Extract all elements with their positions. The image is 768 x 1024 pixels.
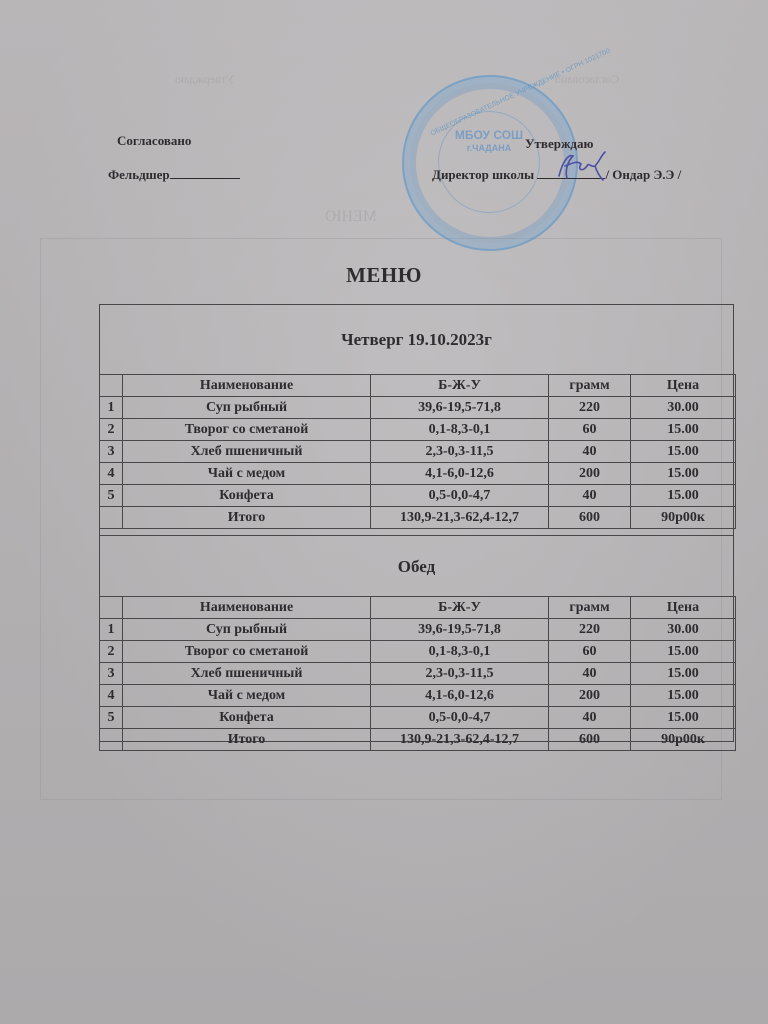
item-grams: 60 [549, 419, 631, 441]
col-header-num [100, 375, 123, 397]
item-number: 5 [100, 707, 123, 729]
page-title: МЕНЮ [0, 263, 768, 288]
item-price: 15.00 [631, 441, 736, 463]
item-name: Творог со сметаной [123, 641, 371, 663]
item-name: Чай с медом [123, 685, 371, 707]
table-row: 3Хлеб пшеничный2,3-0,3-11,54015.00 [100, 441, 736, 463]
col-header-bju: Б-Ж-У [371, 375, 549, 397]
school-stamp: ОБЩЕОБРАЗОВАТЕЛЬНОЕ УЧРЕЖДЕНИЕ • ОГРН 10… [402, 75, 578, 251]
total-price: 90р00к [631, 729, 736, 751]
item-name: Чай с медом [123, 463, 371, 485]
item-number: 3 [100, 663, 123, 685]
item-grams: 40 [549, 707, 631, 729]
document-page: Согласовано Утверждаю МЕНЮ ОБЩЕОБРАЗОВАТ… [0, 0, 768, 1024]
col-header-grams: грамм [549, 597, 631, 619]
breakfast-table: Наименование Б-Ж-У грамм Цена 1Суп рыбны… [99, 374, 736, 529]
total-label: Итого [123, 507, 371, 529]
table-row: 4Чай с медом4,1-6,0-12,620015.00 [100, 685, 736, 707]
item-price: 15.00 [631, 685, 736, 707]
bleed-through-text: Утверждаю [175, 72, 234, 87]
total-number [100, 729, 123, 751]
item-grams: 220 [549, 619, 631, 641]
item-price: 30.00 [631, 397, 736, 419]
item-grams: 40 [549, 485, 631, 507]
item-grams: 60 [549, 641, 631, 663]
total-row: Итого130,9-21,3-62,4-12,760090р00к [100, 507, 736, 529]
col-header-bju: Б-Ж-У [371, 597, 549, 619]
item-name: Творог со сметаной [123, 419, 371, 441]
table-row: 5Конфета0,5-0,0-4,74015.00 [100, 485, 736, 507]
item-name: Хлеб пшеничный [123, 441, 371, 463]
table-row: 5Конфета0,5-0,0-4,74015.00 [100, 707, 736, 729]
total-number [100, 507, 123, 529]
table-row: 1Суп рыбный39,6-19,5-71,822030.00 [100, 619, 736, 641]
item-number: 2 [100, 419, 123, 441]
director-name: / Ондар Э.Э / [605, 167, 681, 182]
item-price: 15.00 [631, 463, 736, 485]
stamp-subtitle: г.ЧАДАНА [444, 142, 534, 155]
meal-rows: 1Суп рыбный39,6-19,5-71,822030.002Творог… [100, 397, 736, 529]
day-heading: Четверг 19.10.2023г [100, 305, 733, 375]
item-price: 30.00 [631, 619, 736, 641]
item-price: 15.00 [631, 707, 736, 729]
total-grams: 600 [549, 729, 631, 751]
item-number: 1 [100, 397, 123, 419]
item-price: 15.00 [631, 485, 736, 507]
item-number: 2 [100, 641, 123, 663]
item-name: Хлеб пшеничный [123, 663, 371, 685]
item-bju: 0,1-8,3-0,1 [371, 419, 549, 441]
handwritten-signature-icon [555, 150, 610, 182]
item-price: 15.00 [631, 419, 736, 441]
item-name: Суп рыбный [123, 619, 371, 641]
col-header-name: Наименование [123, 597, 371, 619]
item-grams: 40 [549, 441, 631, 463]
medic-signature-line: Фельдшер [108, 166, 240, 183]
item-bju: 2,3-0,3-11,5 [371, 441, 549, 463]
stamp-text: МБОУ СОШ г.ЧАДАНА [444, 129, 534, 155]
item-name: Конфета [123, 485, 371, 507]
lunch-table: Наименование Б-Ж-У грамм Цена 1Суп рыбны… [99, 596, 736, 751]
col-header-grams: грамм [549, 375, 631, 397]
item-grams: 200 [549, 463, 631, 485]
item-price: 15.00 [631, 641, 736, 663]
item-bju: 2,3-0,3-11,5 [371, 663, 549, 685]
total-bju: 130,9-21,3-62,4-12,7 [371, 729, 549, 751]
col-header-price: Цена [631, 597, 736, 619]
total-grams: 600 [549, 507, 631, 529]
item-bju: 39,6-19,5-71,8 [371, 397, 549, 419]
table-row: 1Суп рыбный39,6-19,5-71,822030.00 [100, 397, 736, 419]
item-number: 4 [100, 463, 123, 485]
col-header-price: Цена [631, 375, 736, 397]
item-number: 1 [100, 619, 123, 641]
table-row: 2Творог со сметаной0,1-8,3-0,16015.00 [100, 641, 736, 663]
item-name: Конфета [123, 707, 371, 729]
item-bju: 4,1-6,0-12,6 [371, 685, 549, 707]
stamp-inner-ring [438, 111, 540, 213]
total-row: Итого130,9-21,3-62,4-12,760090р00к [100, 729, 736, 751]
medic-signature-blank [170, 166, 240, 179]
item-price: 15.00 [631, 663, 736, 685]
total-price: 90р00к [631, 507, 736, 529]
medic-label: Фельдшер [108, 167, 170, 182]
menu-table: Четверг 19.10.2023г Наименование Б-Ж-У г… [99, 304, 734, 742]
item-number: 4 [100, 685, 123, 707]
item-bju: 39,6-19,5-71,8 [371, 619, 549, 641]
stamp-title: МБОУ СОШ [444, 129, 534, 142]
item-number: 3 [100, 441, 123, 463]
item-name: Суп рыбный [123, 397, 371, 419]
approved-left-label: Согласовано [117, 133, 191, 149]
item-grams: 200 [549, 685, 631, 707]
table-row: 4Чай с медом4,1-6,0-12,620015.00 [100, 463, 736, 485]
item-bju: 0,5-0,0-4,7 [371, 485, 549, 507]
total-label: Итого [123, 729, 371, 751]
total-bju: 130,9-21,3-62,4-12,7 [371, 507, 549, 529]
col-header-name: Наименование [123, 375, 371, 397]
table-row: 2Творог со сметаной0,1-8,3-0,16015.00 [100, 419, 736, 441]
lunch-heading: Обед [100, 535, 733, 597]
bleed-through-text: МЕНЮ [325, 208, 377, 226]
item-bju: 0,1-8,3-0,1 [371, 641, 549, 663]
col-header-num [100, 597, 123, 619]
table-header-row: Наименование Б-Ж-У грамм Цена [100, 597, 736, 619]
item-grams: 220 [549, 397, 631, 419]
item-grams: 40 [549, 663, 631, 685]
meal-rows: 1Суп рыбный39,6-19,5-71,822030.002Творог… [100, 619, 736, 751]
item-bju: 4,1-6,0-12,6 [371, 463, 549, 485]
item-number: 5 [100, 485, 123, 507]
table-row: 3Хлеб пшеничный2,3-0,3-11,54015.00 [100, 663, 736, 685]
table-header-row: Наименование Б-Ж-У грамм Цена [100, 375, 736, 397]
item-bju: 0,5-0,0-4,7 [371, 707, 549, 729]
director-label: Директор школы [432, 167, 534, 182]
